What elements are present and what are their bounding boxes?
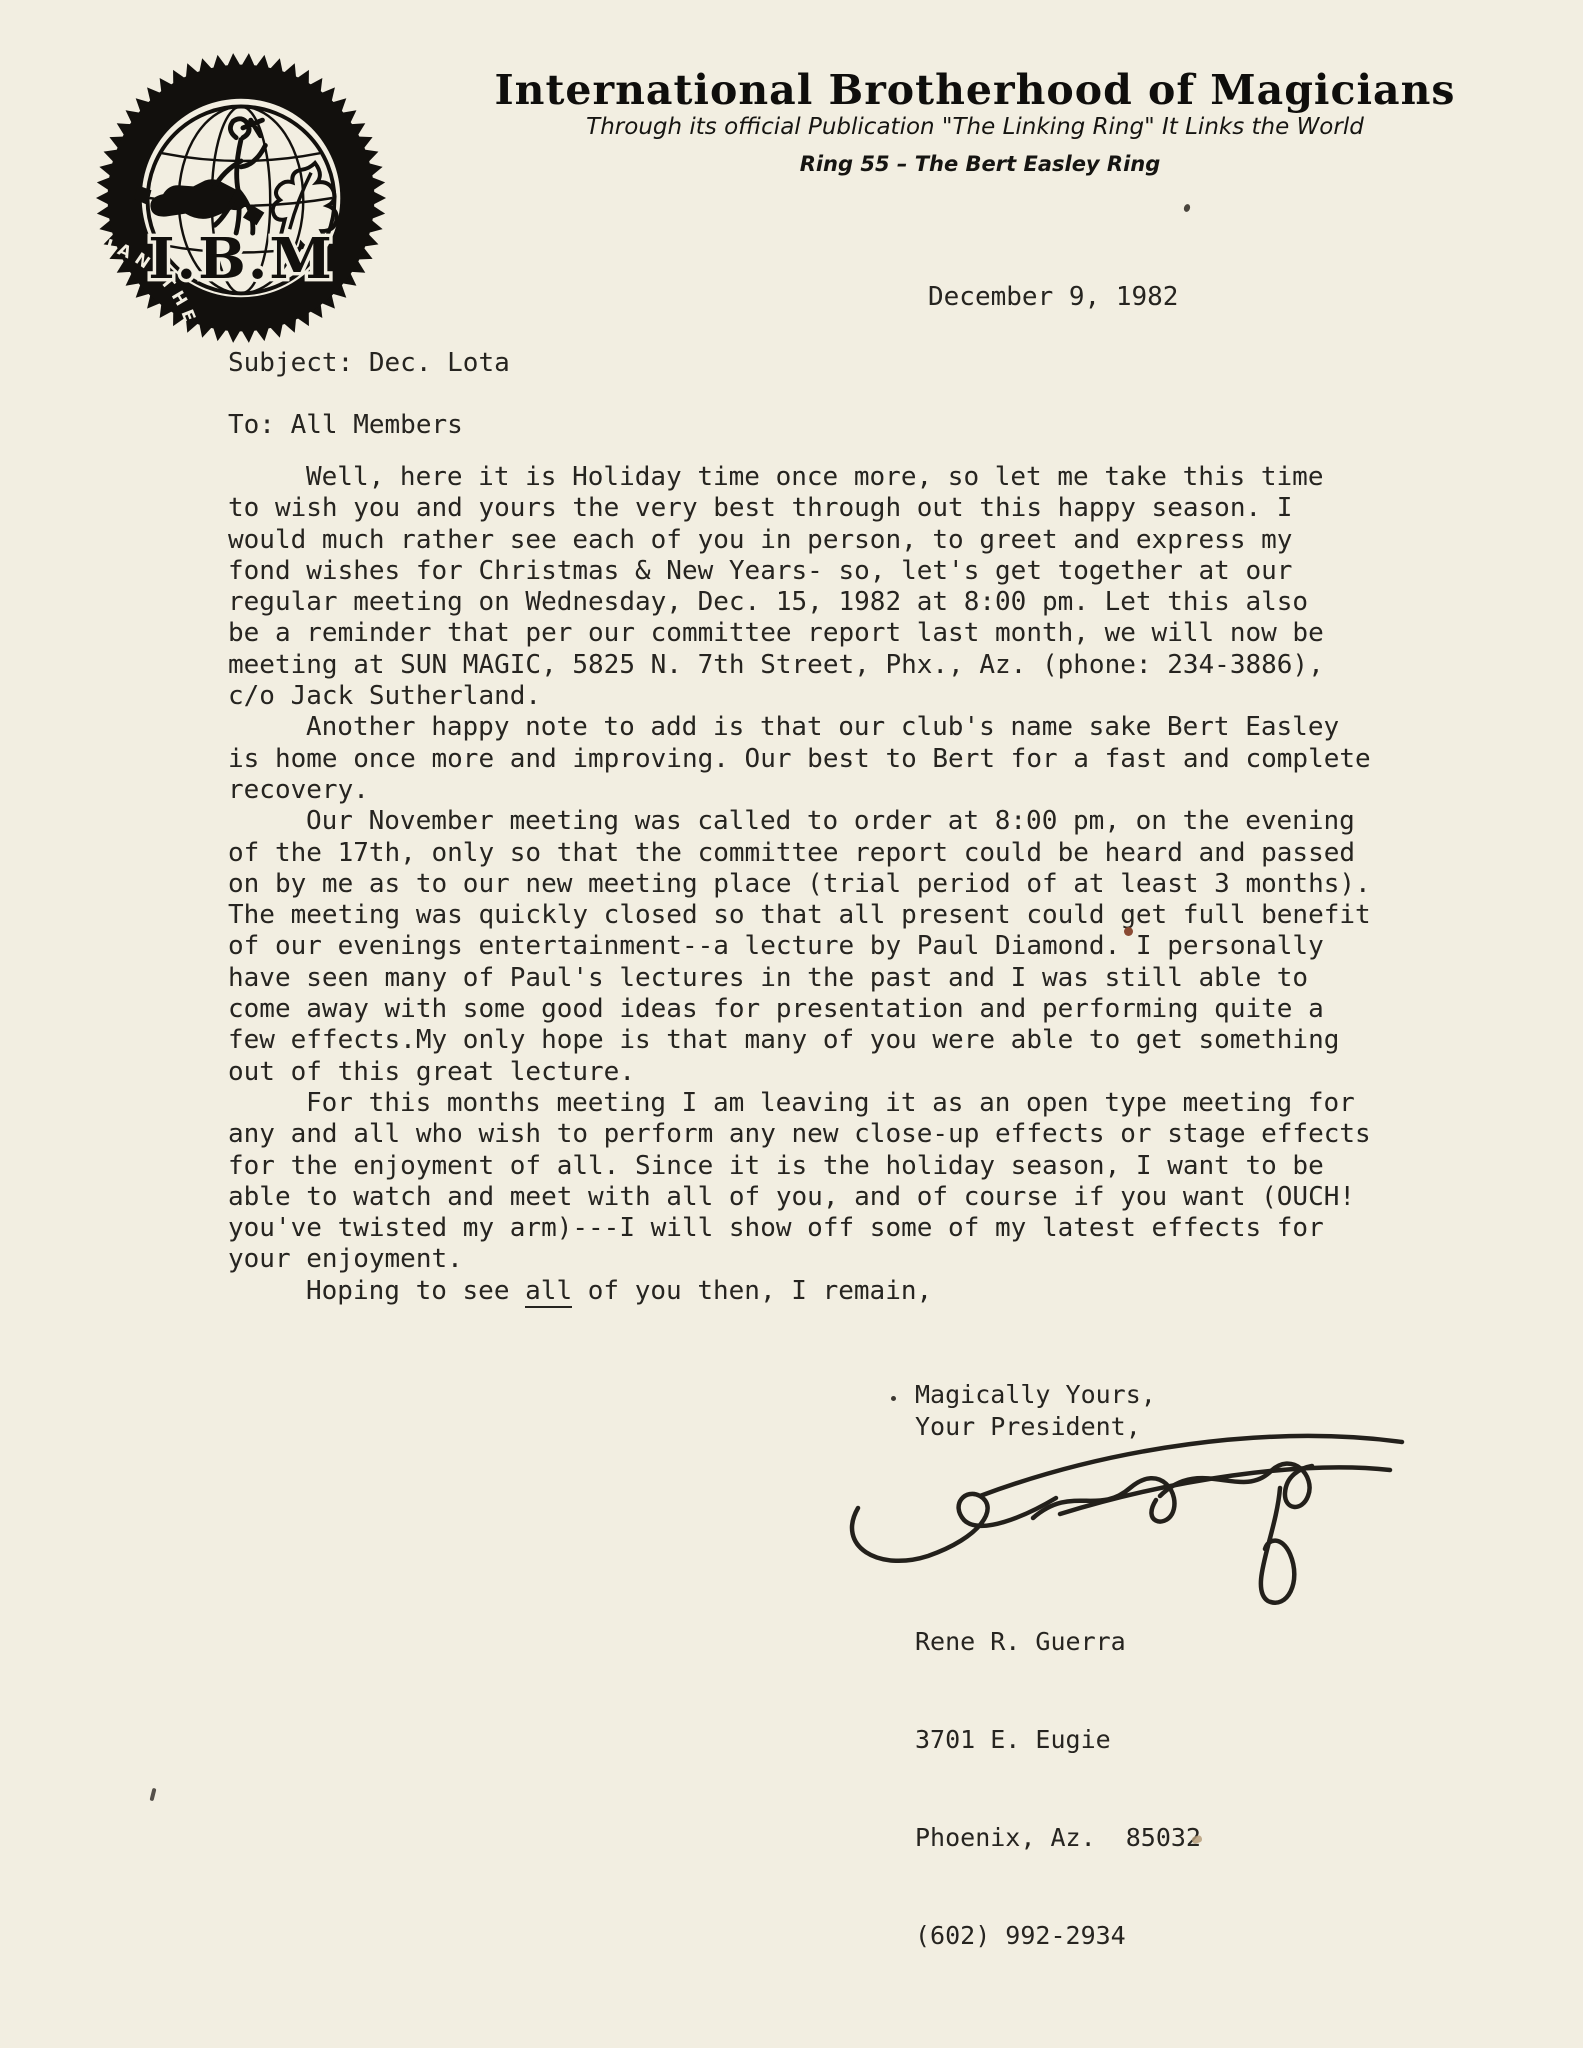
signer-address-street: 3701 E. Eugie (915, 1724, 1201, 1757)
body-line: Hoping to see all of you then, I remain, (228, 1276, 1371, 1307)
subject-line: Subject: Dec. Lota (228, 348, 510, 378)
scan-speck (149, 1788, 156, 1802)
body-line: few effects.My only hope is that many of… (228, 1025, 1371, 1056)
body-line: Another happy note to add is that our cl… (228, 712, 1371, 743)
signer-address-city: Phoenix, Az. 85032 (915, 1822, 1201, 1855)
body-line: c/o Jack Sutherland. (228, 681, 1371, 712)
scan-speck (1191, 1835, 1203, 1845)
body-line: The meeting was quickly closed so that a… (228, 900, 1371, 931)
body-line: Well, here it is Holiday time once more,… (228, 462, 1371, 493)
body-line: your enjoyment. (228, 1244, 1371, 1275)
body-line: Our November meeting was called to order… (228, 806, 1371, 837)
body-line: come away with some good ideas for prese… (228, 994, 1371, 1025)
org-subtitle: Through its official Publication "The Li… (420, 114, 1530, 140)
letter-page: THE INTERNATIONAL BROTHERHOOD OF MAGICIA… (0, 0, 1583, 2048)
body-line: regular meeting on Wednesday, Dec. 15, 1… (228, 587, 1371, 618)
ibm-seal-logo: THE INTERNATIONAL BROTHERHOOD OF MAGICIA… (95, 52, 387, 344)
body-line: out of this great lecture. (228, 1057, 1371, 1088)
signer-name: Rene R. Guerra (915, 1626, 1201, 1659)
body-line: For this months meeting I am leaving it … (228, 1088, 1371, 1119)
scan-speck (1183, 203, 1191, 213)
body-line: on by me as to our new meeting place (tr… (228, 869, 1371, 900)
body-line: any and all who wish to perform any new … (228, 1119, 1371, 1150)
body-line: meeting at SUN MAGIC, 5825 N. 7th Street… (228, 650, 1371, 681)
body-line: to wish you and yours the very best thro… (228, 493, 1371, 524)
ibm-monogram: I.B.M (148, 226, 334, 292)
body-line: recovery. (228, 775, 1371, 806)
body-line: able to watch and meet with all of you, … (228, 1182, 1371, 1213)
letter-body: Well, here it is Holiday time once more,… (228, 462, 1371, 1307)
body-line: you've twisted my arm)---I will show off… (228, 1213, 1371, 1244)
org-title: International Brotherhood of Magicians (420, 66, 1530, 114)
to-line: To: All Members (228, 410, 463, 440)
date-line: December 9, 1982 (928, 282, 1178, 312)
scan-speck (891, 1396, 896, 1401)
scan-speck (1124, 927, 1133, 936)
ring-name-line: Ring 55 – The Bert Easley Ring (430, 152, 1530, 176)
body-line: fond wishes for Christmas & New Years- s… (228, 556, 1371, 587)
signer-phone: (602) 992-2934 (915, 1920, 1201, 1953)
body-line: of the 17th, only so that the committee … (228, 838, 1371, 869)
body-line: have seen many of Paul's lectures in the… (228, 963, 1371, 994)
body-line: of our evenings entertainment--a lecture… (228, 931, 1371, 962)
body-line: be a reminder that per our committee rep… (228, 618, 1371, 649)
body-line: is home once more and improving. Our bes… (228, 744, 1371, 775)
body-line: would much rather see each of you in per… (228, 525, 1371, 556)
signer-block: Rene R. Guerra 3701 E. Eugie Phoenix, Az… (915, 1561, 1201, 2017)
body-line: for the enjoyment of all. Since it is th… (228, 1151, 1371, 1182)
